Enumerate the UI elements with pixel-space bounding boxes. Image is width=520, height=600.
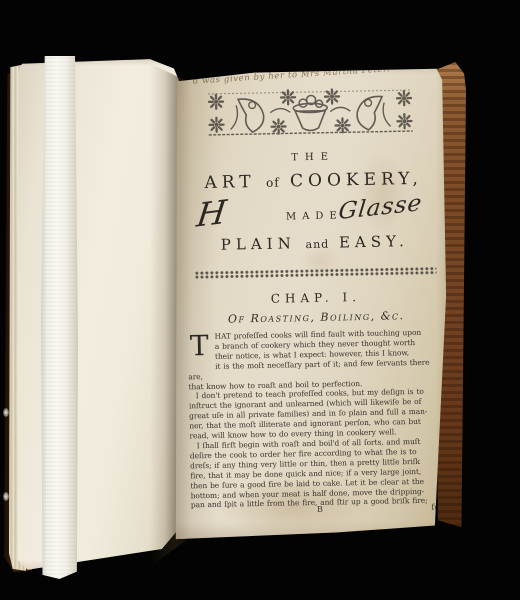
title-word-cookery: COOKERY, <box>290 169 423 192</box>
title-main: ART of COOKERY, <box>184 168 442 193</box>
chapter-heading: CHAP. I. <box>187 288 445 307</box>
ornament-rule <box>194 267 436 280</box>
paragraph-2: I don't pretend to teach profeſſed cooks… <box>189 387 448 441</box>
paragraph-3: I ſhall firſt begin with roaſt and boil'… <box>190 436 449 510</box>
title-word-the: THE <box>184 149 442 165</box>
book-photograph: ~ ~~ ~~~ ~ ~~ Washington d was given by … <box>0 0 520 600</box>
board-highlight <box>3 492 9 501</box>
title-word-of: of <box>266 176 280 190</box>
printed-page-content: ~ ~~ ~~~ ~ ~~ Washington d was given by … <box>170 58 450 544</box>
bookmark-ribbon <box>41 56 78 579</box>
title-page: ~ ~~ ~~~ ~ ~~ Washington d was given by … <box>170 58 450 544</box>
handwritten-inscription-line2: d was given by her to Mrs Martha Peter. <box>193 61 443 87</box>
title-word-plain: PLAIN <box>221 234 296 253</box>
chapter-subtitle: Of Roasting, Boiling, &c. <box>187 308 445 326</box>
paragraph-1: THAT profeſſed cooks will find fault wit… <box>188 327 447 391</box>
board-highlight <box>3 408 9 417</box>
body-text: THAT profeſſed cooks will find fault wit… <box>188 327 449 510</box>
woodcut-headpiece-ornament <box>200 84 421 140</box>
drop-cap: T <box>188 333 212 362</box>
title-word-art: ART <box>204 172 255 193</box>
title-word-easy: EASY. <box>339 232 409 251</box>
title-word-and: and <box>305 238 329 251</box>
title-subline: PLAIN and EASY. <box>186 231 444 254</box>
